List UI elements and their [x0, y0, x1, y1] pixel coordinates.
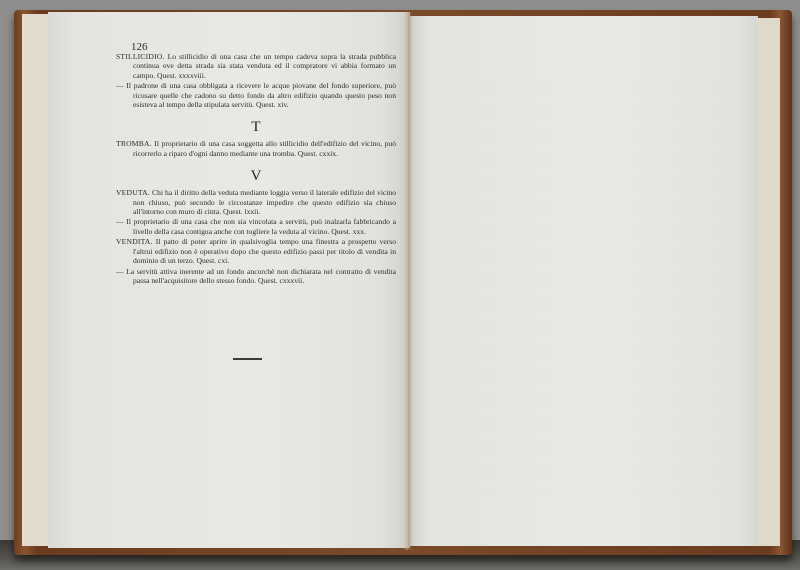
entry-text: Lo stillicidio di una casa che un tempo … [133, 52, 396, 80]
book-gutter [403, 12, 413, 550]
page-number: 126 [131, 42, 396, 52]
entry-headword: TROMBA. [116, 139, 152, 148]
entry-text: Il padrone di una casa obbligata a ricev… [126, 81, 396, 109]
entry-stillicidio-2: — Il padrone di una casa obbligata a ric… [116, 81, 396, 109]
entry-text: La servitù attiva inerente ad un fondo a… [126, 267, 396, 285]
right-page-show-through [460, 80, 720, 500]
entry-text: Chi ha il diritto della veduta mediante … [133, 188, 396, 216]
section-letter-v: V [116, 168, 396, 184]
entry-vendita: VENDITA. Il patto di poter aprire in qua… [116, 237, 396, 265]
entry-tromba: TROMBA. Il proprietario di una casa sogg… [116, 139, 396, 158]
end-rule-divider [233, 358, 262, 360]
entry-stillicidio: STILLICIDIO. Lo stillicidio di una casa … [116, 52, 396, 80]
entry-headword: VENDITA. [116, 237, 153, 246]
entry-vendita-2: — La servitù attiva inerente ad un fondo… [116, 267, 396, 286]
entry-dash: — [116, 267, 124, 276]
entry-text: Il proprietario di una casa che non sia … [126, 217, 396, 235]
left-page-text: 126 STILLICIDIO. Lo stillicidio di una c… [116, 42, 396, 285]
section-letter-t: T [116, 119, 396, 135]
entry-dash: — [116, 81, 124, 90]
entry-headword: VEDUTA. [116, 188, 150, 197]
entry-veduta-2: — Il proprietario di una casa che non si… [116, 217, 396, 236]
entry-headword: STILLICIDIO. [116, 52, 165, 61]
entry-text: Il patto di poter aprire in qualsivoglia… [133, 237, 396, 265]
entry-text: Il proprietario di una casa soggetta all… [133, 139, 396, 157]
entry-dash: — [116, 217, 124, 226]
entry-veduta: VEDUTA. Chi ha il diritto della veduta m… [116, 188, 396, 216]
